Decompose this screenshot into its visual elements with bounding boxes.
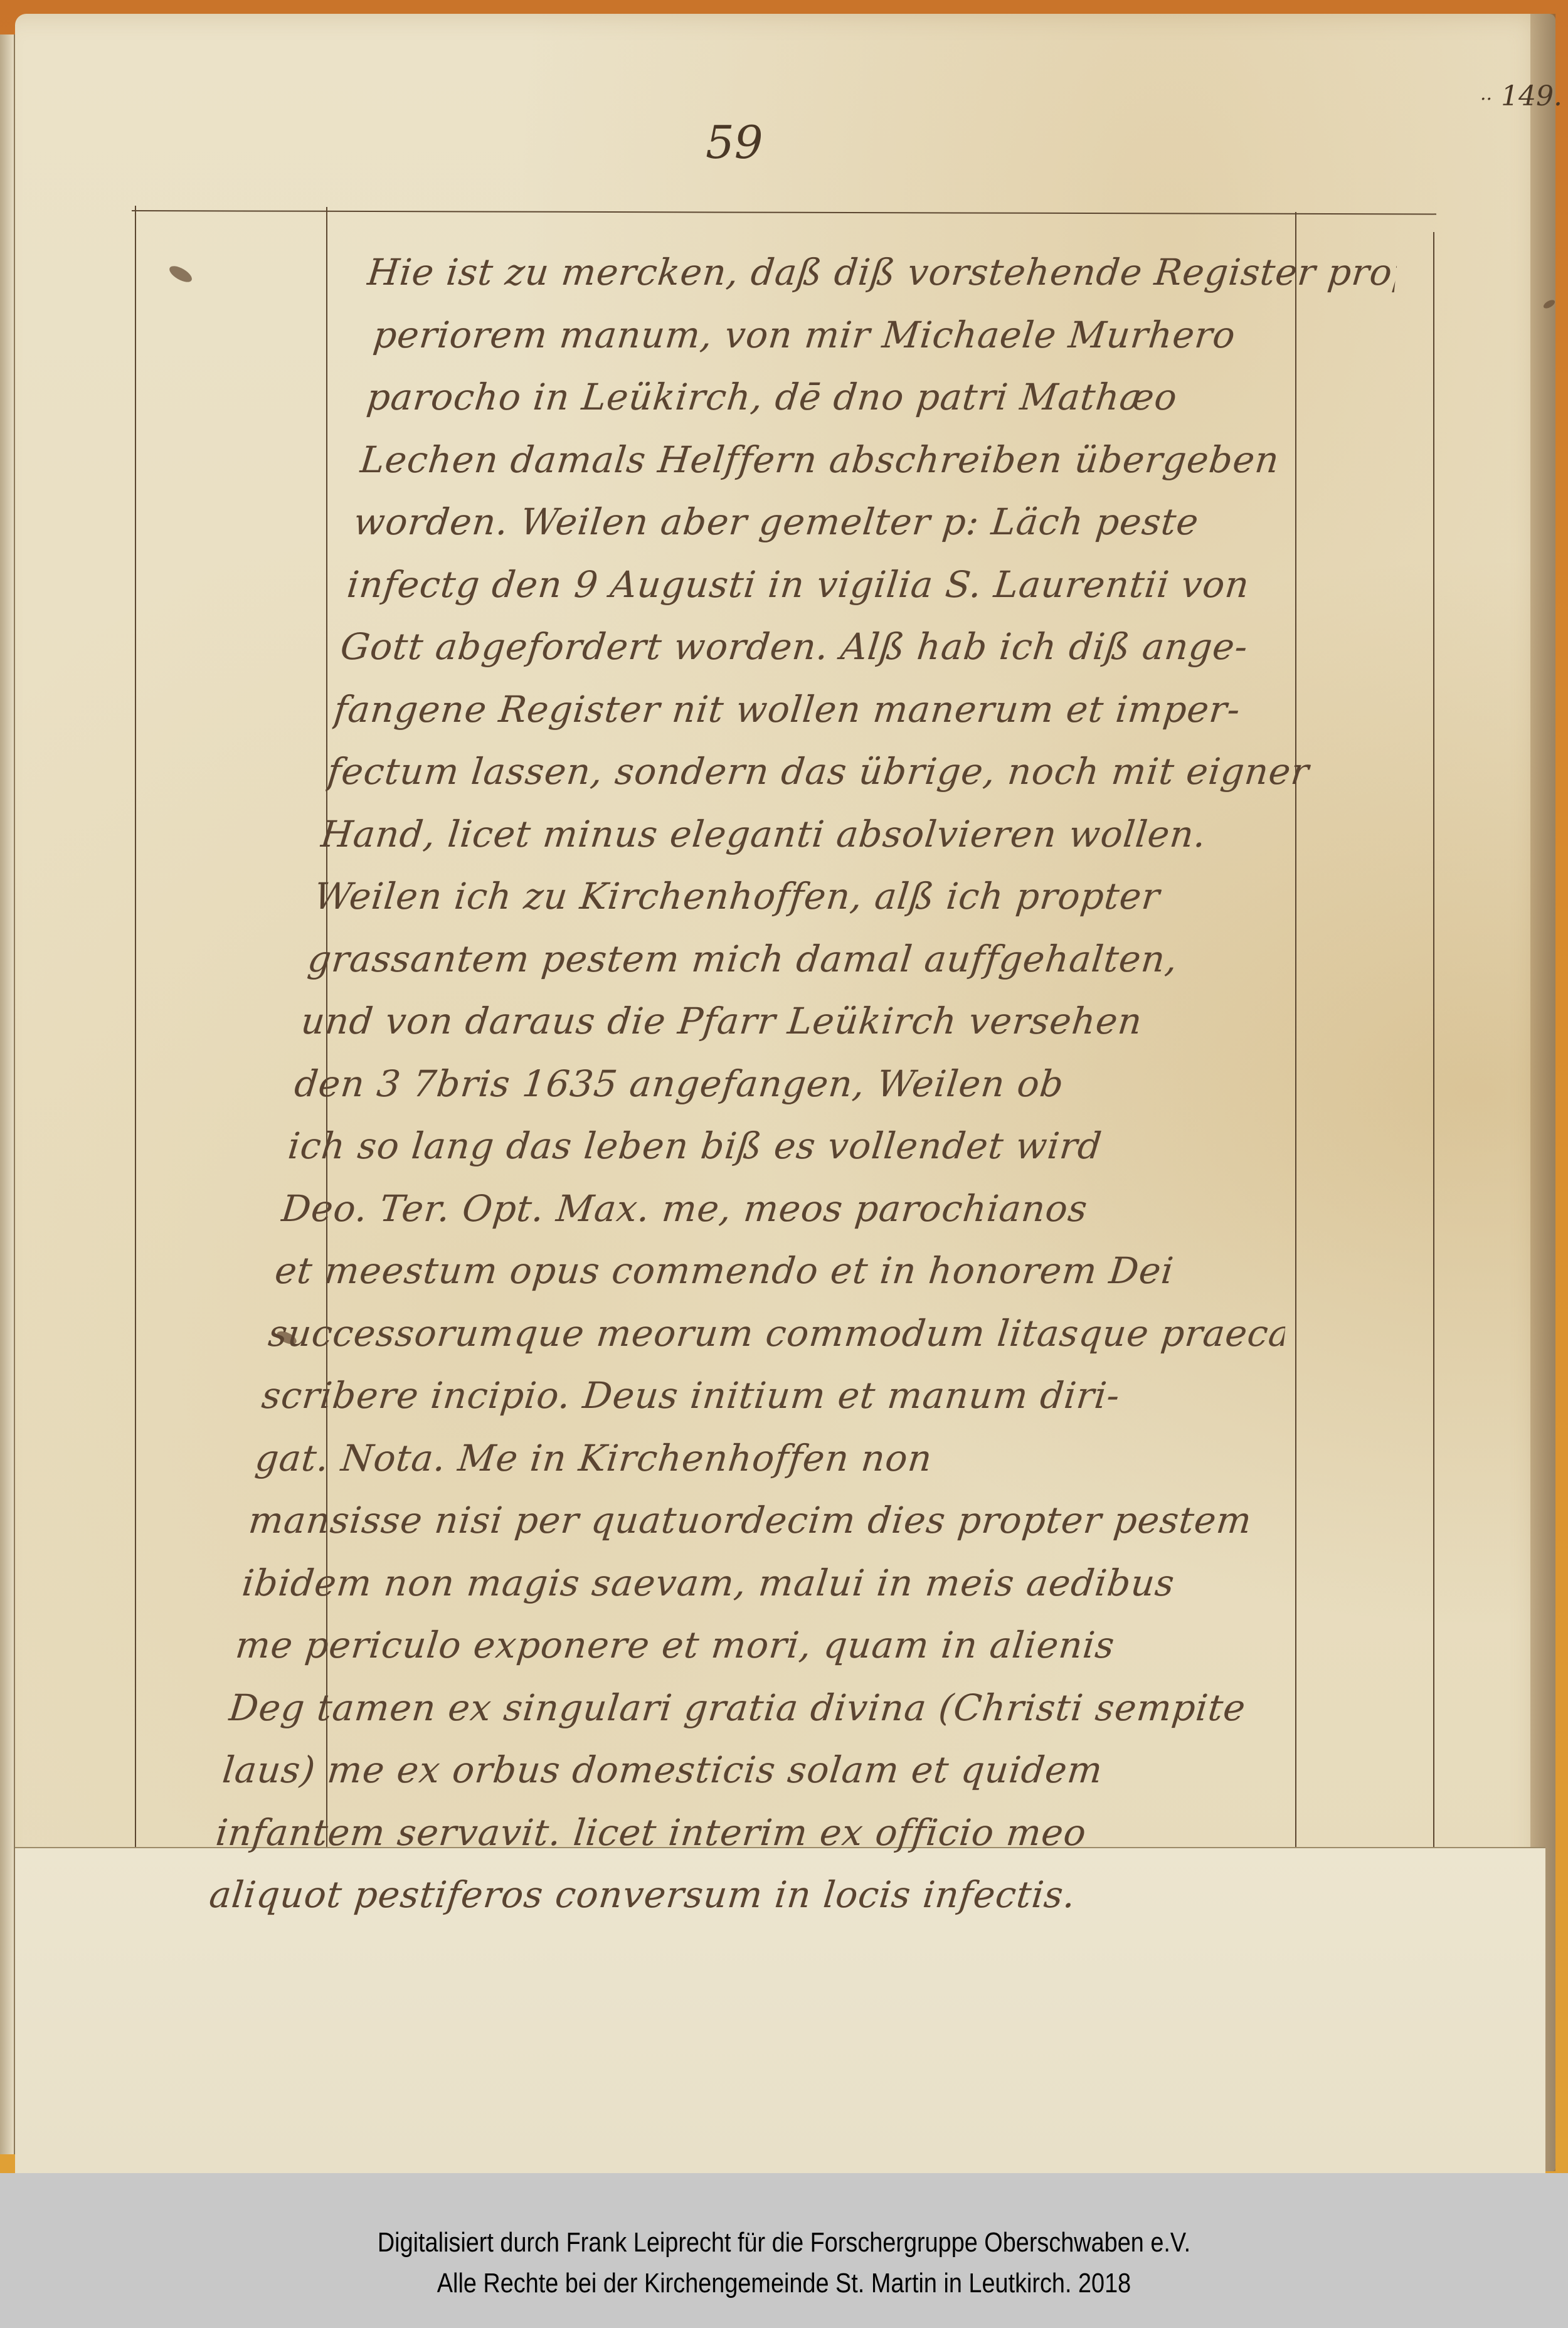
outer-right-rule [1433, 232, 1434, 1849]
manuscript-line: periorem manum, von mir Michaele Murhero [370, 304, 1392, 367]
manuscript-line: gat. Nota. Me in Kirchenhoffen non [252, 1427, 1274, 1490]
copyright-caption: Digitalisiert durch Frank Leiprecht für … [0, 2173, 1568, 2328]
manuscript-line: et meestum opus commendo et in honorem D… [272, 1240, 1294, 1303]
manuscript-line: ich so lang das leben biß es vollendet w… [285, 1115, 1307, 1178]
manuscript-line: und von daraus die Pfarr Leükirch verseh… [298, 990, 1320, 1053]
caption-digitization-credit: Digitalisiert durch Frank Leiprecht für … [110, 2226, 1458, 2259]
folio-number-value: 149. [1501, 80, 1562, 112]
caption-rights-notice: Alle Rechte bei der Kirchengemeinde St. … [110, 2267, 1458, 2300]
folio-stamp: ··149. [1480, 80, 1562, 112]
manuscript-line: parocho in Leükirch, dē dno patri Mathæo [364, 366, 1386, 429]
manuscript-line: Weilen ich zu Kirchenhoffen, alß ich pro… [311, 865, 1333, 928]
manuscript-line: ibidem non magis saevam, malui in meis a… [239, 1552, 1261, 1615]
manuscript-line: den 3 7bris 1635 angefangen, Weilen ob [292, 1053, 1314, 1116]
manuscript-line: infectg den 9 Augusti in vigilia S. Laur… [344, 554, 1366, 616]
page-number: 59 [706, 116, 763, 169]
manuscript-line: me periculo exponere et mori, quam in al… [233, 1614, 1255, 1677]
manuscript-line: infantem servavit. licet interim ex offi… [213, 1802, 1235, 1865]
outer-left-rule [135, 206, 136, 1849]
manuscript-line: grassantem pestem mich damal auffgehalte… [305, 928, 1327, 991]
manuscript-line: fectum lassen, sondern das übrige, noch … [324, 741, 1347, 803]
manuscript-line: Lechen damals Helffern abschreiben überg… [357, 429, 1379, 492]
manuscript-line: Hie ist zu mercken, daß diß vorstehende … [364, 241, 1399, 304]
manuscript-line: successorumque meorum commodum litasque … [265, 1303, 1288, 1365]
manuscript-line: aliquot pestiferos conversum in locis in… [206, 1864, 1229, 1927]
manuscript-line: Deo. Ter. Opt. Max. me, meos parochianos [278, 1178, 1301, 1241]
folio-prefix-mark: ·· [1480, 88, 1492, 110]
manuscript-line: worden. Weilen aber gemelter p: Läch pes… [351, 491, 1373, 554]
manuscript-line: mansisse nisi per quatuordecim dies prop… [246, 1489, 1268, 1552]
manuscript-line: laus) me ex orbus domesticis solam et qu… [220, 1739, 1242, 1802]
manuscript-line: Gott abgefordert worden. Alß hab ich diß… [337, 616, 1360, 679]
manuscript-text: Hie ist zu mercken, daß diß vorstehende … [206, 241, 1399, 1927]
manuscript-line: Deg tamen ex singulari gratia divina (Ch… [226, 1677, 1248, 1740]
manuscript-line: fangene Register nit wollen manerum et i… [331, 679, 1353, 741]
manuscript-line: Hand, licet minus eleganti absolvieren w… [318, 803, 1340, 866]
manuscript-line: scribere incipio. Deus initium et manum … [258, 1365, 1281, 1427]
left-page-edge [0, 34, 15, 2154]
